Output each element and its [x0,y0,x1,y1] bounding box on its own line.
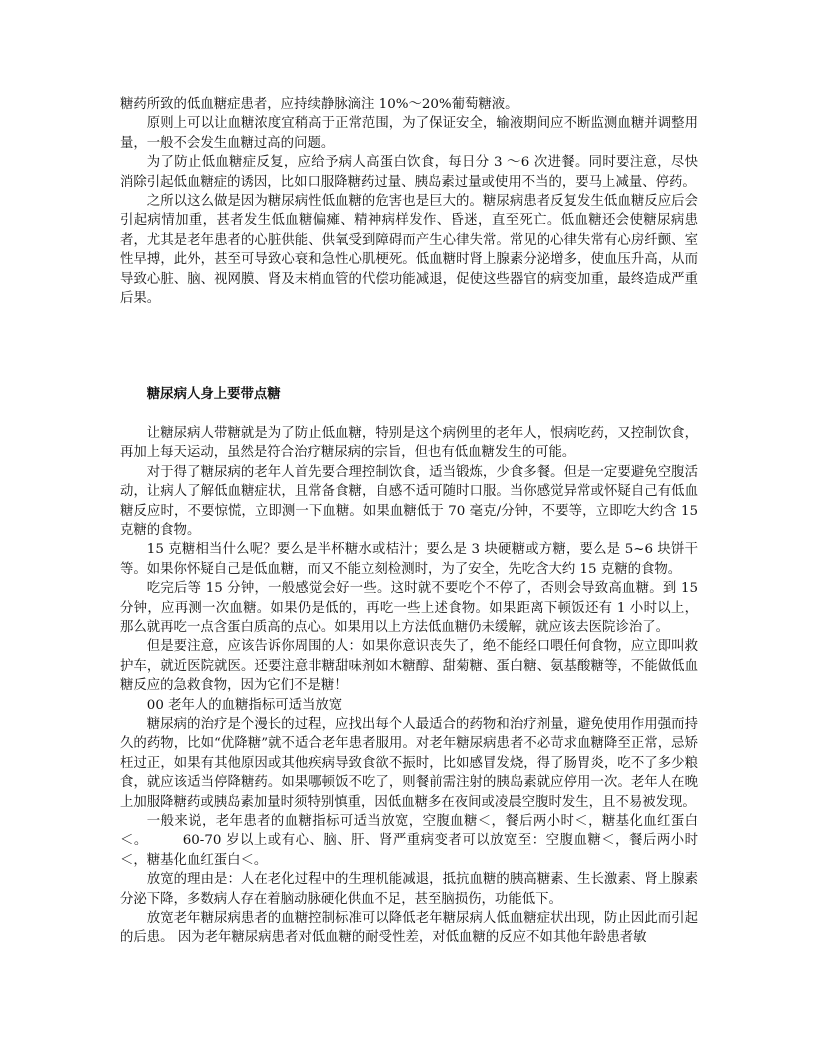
section-hypoglycemia-treatment: 糖药所致的低血糖症患者，应持续静脉滴注 10%～20%葡萄糖液。 原则上可以让血… [120,95,698,308]
heading-spacer [120,405,698,424]
paragraph: 吃完后等 15 分钟，一般感觉会好一些。这时就不要吃个不停了，否则会导致高血糖。… [120,579,698,637]
document-page: 糖药所致的低血糖症患者，应持续静脉滴注 10%～20%葡萄糖液。 原则上可以让血… [120,95,698,948]
paragraph: 一般来说，老年患者的血糖指标可适当放宽，空腹血糖＜，餐后两小时＜，糖基化血红蛋白… [120,812,698,870]
section-heading: 糖尿病人身上要带点糖 [120,385,698,404]
paragraph: 但是要注意，应该告诉你周围的人：如果你意识丧失了，绝不能经口喂任何食物，应立即叫… [120,637,698,695]
paragraph: 原则上可以让血糖浓度宜稍高于正常范围，为了保证安全，输液期间应不断监测血糖并调整… [120,114,698,153]
paragraph: 糖尿病的治疗是个漫长的过程，应找出每个人最适合的药物和治疗剂量，避免使用作用强而… [120,715,698,812]
paragraph: 让糖尿病人带糖就是为了防止低血糖，特别是这个病例里的老年人，恨病吃药，又控制饮食… [120,424,698,463]
paragraph: 放宽老年糖尿病患者的血糖控制标准可以降低老年糖尿病人低血糖症状出现，防止因此而引… [120,909,698,948]
paragraph: 对于得了糖尿病的老年人首先要合理控制饮食，适当锻炼，少食多餐。但是一定要避免空腹… [120,463,698,541]
paragraph: 15 克糖相当什么呢？要么是半杯糖水或桔汁；要么是 3 块硬糖或方糖，要么是 5… [120,540,698,579]
paragraph: 放宽的理由是：人在老化过程中的生理机能减退，抵抗血糖的胰高糖素、生长激素、肾上腺… [120,870,698,909]
section-spacer [120,308,698,385]
paragraph: 糖药所致的低血糖症患者，应持续静脉滴注 10%～20%葡萄糖液。 [120,95,698,114]
subheading: 00 老年人的血糖指标可适当放宽 [120,696,698,715]
section-carry-sugar: 让糖尿病人带糖就是为了防止低血糖，特别是这个病例里的老年人，恨病吃药，又控制饮食… [120,424,698,948]
paragraph: 之所以这么做是因为糖尿病性低血糖的危害也是巨大的。糖尿病患者反复发生低血糖反应后… [120,192,698,308]
paragraph: 为了防止低血糖症反复，应给予病人高蛋白饮食，每日分 3 ～6 次进餐。同时要注意… [120,153,698,192]
